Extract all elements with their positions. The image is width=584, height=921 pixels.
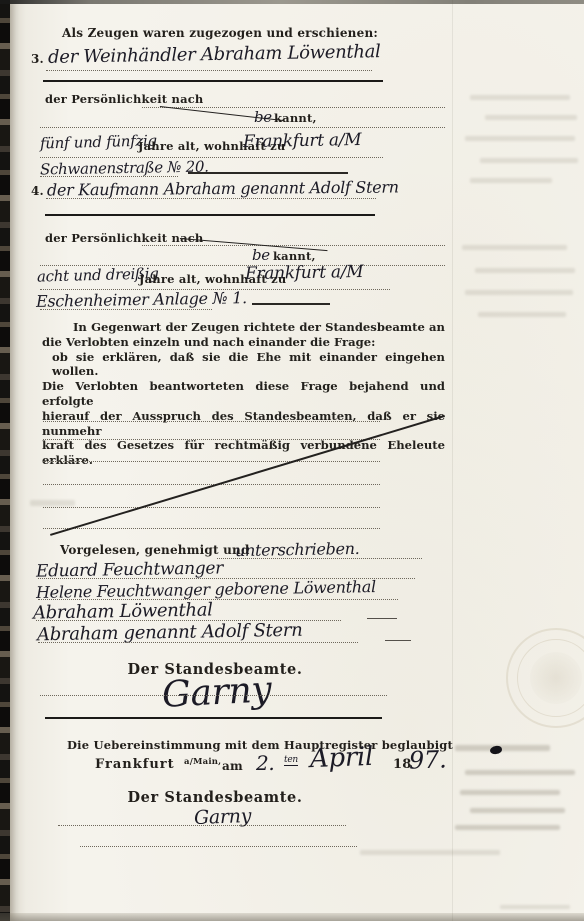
witnesses-heading: Als Zeugen waren zugezogen und erschiene… [62,26,378,40]
bleedthrough-text [465,136,575,141]
witness4-city-handwriting: Frankfurt a/M [245,262,364,284]
dotted-line [142,107,445,108]
witness3-number: 3. [31,52,44,66]
closing-handwriting: unterschrieben. [235,539,360,560]
closing-printed: Vorgelesen, genehmigt und [60,543,250,557]
bleedthrough-text [470,178,552,183]
dotted-line [43,507,380,508]
bleedthrough-text [462,245,567,250]
bleedthrough-text [360,850,500,855]
ruled-line [45,717,382,719]
certification-day-handwriting: 2. [256,751,274,775]
certification-day-suffix: ten [284,755,298,766]
bleedthrough-text [485,115,577,120]
registrar-signature: Garny [161,669,272,716]
declaration-paragraph: In Gegenwart der Zeugen richtete der Sta… [42,320,445,468]
declaration-line: die Verlobten einzeln und nach einander … [42,335,445,350]
witness4-identity-handwriting: be [252,246,270,264]
dotted-line [58,825,346,826]
bleedthrough-text [455,745,550,751]
fill-dash [385,640,411,641]
fill-dash [367,618,397,619]
ink-blot [490,745,503,755]
witness4-identity-printed: kannt, [273,249,316,263]
certification-month-handwriting: April [309,742,373,774]
certification-text: Die Uebereinstimmung mit dem Hauptregist… [67,738,453,752]
bleedthrough-text [460,790,560,795]
bleedthrough-text [465,770,575,775]
witness3-city-handwriting: Frankfurt a/M [243,130,362,152]
page-bottom-edge [0,913,584,921]
bleedthrough-text [470,808,565,813]
dotted-line [40,127,445,128]
certification-place-small: a/Main, [184,757,221,767]
register-page: Als Zeugen waren zugezogen und erschiene… [0,0,584,921]
dotted-line [43,421,380,422]
bleedthrough-text [480,158,578,163]
dotted-line [40,176,178,177]
certification-place: Frankfurt [95,757,175,772]
dotted-line [217,558,422,559]
bleedthrough-text [500,905,570,909]
bleedthrough-text [455,825,560,830]
dotted-line [46,70,372,71]
witness3-identity-label: der Persönlichkeit nach [45,92,204,106]
bleedthrough-text [475,268,575,273]
page-top-edge [0,0,584,4]
certification-year-handwriting: 97. [409,745,447,774]
witness3-name-handwriting: der Weinhändler Abraham Löwenthal [48,41,381,68]
declaration-line: In Gegenwart der Zeugen richtete der Sta… [42,320,445,335]
page-fold-line [452,0,453,921]
ruled-line [45,214,375,216]
dotted-line [40,695,387,696]
dotted-line [43,461,380,462]
declaration-line: kraft des Gesetzes für rechtmäßig verbun… [42,438,445,468]
bleedthrough-text [478,312,566,317]
dotted-line [38,642,358,643]
witness4-number: 4. [31,184,44,198]
ruled-line [43,80,383,82]
dotted-line [46,198,376,199]
witness3-identity-handwriting: be [254,108,272,126]
bleedthrough-text [30,500,75,506]
bleedthrough-text [465,290,573,295]
declaration-line: ob sie erklären, daß sie die Ehe mit ein… [42,350,445,380]
witness3-identity-printed: kannt, [274,111,317,125]
certification-am-label: am [222,759,243,773]
declaration-line: Die Verlobten beantworteten diese Frage … [42,379,445,409]
registrar-heading-2: Der Standesbeamte. [0,789,430,806]
witness4-name-handwriting: der Kaufmann Abraham genannt Adolf Stern [47,177,399,199]
dotted-line [80,846,357,847]
witness4-address-handwriting: Eschenheimer Anlage № 1. [36,288,247,311]
bleedthrough-text [470,95,570,100]
dotted-line [43,439,380,440]
dotted-line [43,528,380,529]
dotted-line [40,309,212,310]
fill-stroke [252,303,330,305]
dotted-line [40,157,383,158]
dotted-line [142,245,445,246]
book-binding [0,0,10,921]
stamp-impression [506,628,584,728]
dotted-line [38,599,398,600]
fill-stroke [188,172,348,174]
